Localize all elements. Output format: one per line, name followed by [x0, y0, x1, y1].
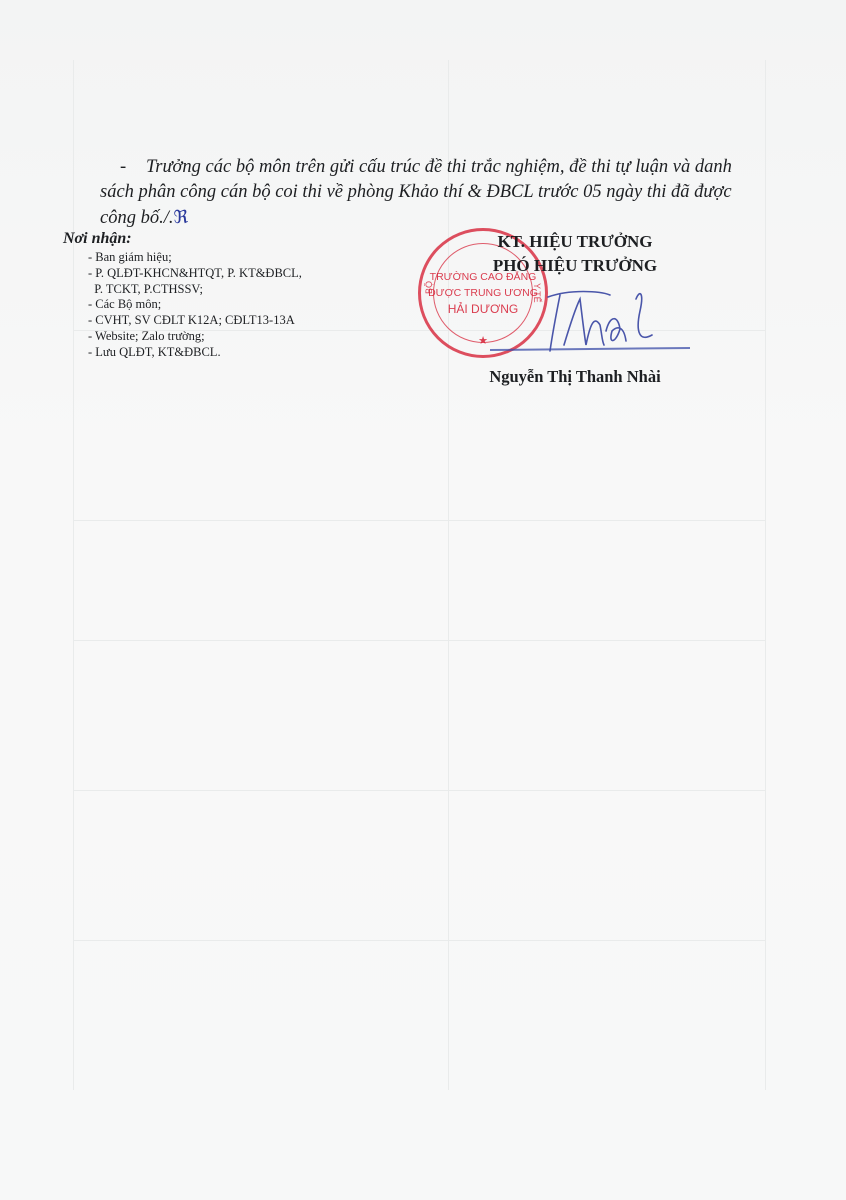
- recipient-item: - CVHT, SV CĐLT K12A; CĐLT13-13A: [88, 313, 383, 329]
- instruction-line-3: công bố./.: [100, 208, 173, 228]
- recipient-item: P. TCKT, P.CTHSSV;: [88, 282, 383, 298]
- recipient-item: - Các Bộ môn;: [88, 297, 383, 313]
- recipient-item: - Website; Zalo trường;: [88, 329, 383, 345]
- scanned-page: -Trưởng các bộ môn trên gửi cấu trúc đề …: [0, 0, 846, 1200]
- initial-mark: ℜ: [173, 207, 188, 228]
- signer-name: Nguyễn Thị Thanh Nhài: [440, 367, 710, 387]
- bleed-through-line: [73, 520, 765, 521]
- seal-left-arc-text: BỘ: [424, 281, 434, 294]
- recipients-block: Nơi nhận: - Ban giám hiệu; - P. QLĐT-KHC…: [63, 230, 383, 361]
- recipients-title: Nơi nhận:: [63, 230, 383, 248]
- bleed-through-line: [73, 640, 765, 641]
- bleed-through-line: [73, 60, 74, 1090]
- recipient-item: - Lưu QLĐT, KT&ĐBCL.: [88, 345, 383, 361]
- handwritten-signature-icon: [540, 285, 660, 355]
- recipient-item: - P. QLĐT-KHCN&HTQT, P. KT&ĐBCL,: [88, 266, 383, 282]
- instruction-paragraph: -Trưởng các bộ môn trên gửi cấu trúc đề …: [120, 155, 780, 231]
- signature-role-line-1: KT. HIỆU TRƯỞNG: [440, 230, 710, 254]
- signature-role-line-2: PHÓ HIỆU TRƯỞNG: [440, 254, 710, 278]
- bleed-through-line: [73, 790, 765, 791]
- recipients-list: - Ban giám hiệu; - P. QLĐT-KHCN&HTQT, P.…: [63, 250, 383, 361]
- bleed-through-line: [73, 940, 765, 941]
- instruction-line-1: Trưởng các bộ môn trên gửi cấu trúc đề t…: [146, 157, 732, 177]
- instruction-line-2: sách phân công cán bộ coi thi về phòng K…: [100, 180, 780, 205]
- star-icon: ★: [421, 334, 545, 347]
- seal-text-line-2: DƯỢC TRUNG ƯƠNG: [421, 287, 545, 300]
- seal-text-line-3: HẢI DƯƠNG: [421, 303, 545, 316]
- bullet-dash: -: [120, 155, 146, 180]
- recipient-item: - Ban giám hiệu;: [88, 250, 383, 266]
- signature-block: KT. HIỆU TRƯỞNG PHÓ HIỆU TRƯỞNG Nguyễn T…: [440, 230, 710, 278]
